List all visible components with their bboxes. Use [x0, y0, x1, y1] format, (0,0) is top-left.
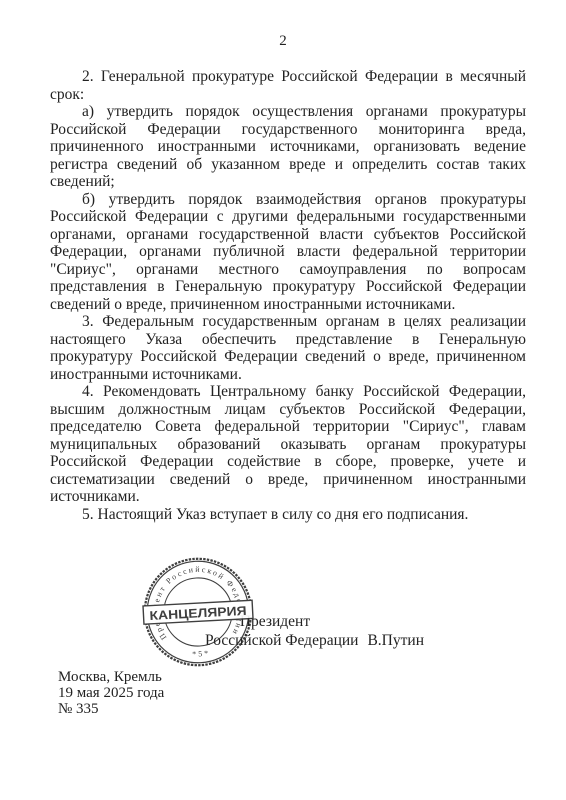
footer-block: Москва, Кремль 19 мая 2025 года № 335 — [58, 669, 164, 717]
chancellery-stamp-icon: Президент Российской Федерации * 5 * КАН… — [139, 553, 257, 671]
paragraph-2a: а) утвердить порядок осуществления орган… — [50, 103, 526, 191]
footer-place: Москва, Кремль — [58, 669, 164, 685]
decree-page: { "colors": { "paper": "#ffffff", "ink":… — [0, 0, 566, 800]
stamp-bottom-text: * 5 * — [192, 649, 208, 659]
paragraph-2: 2. Генеральной прокуратуре Российской Фе… — [50, 68, 526, 103]
decree-body: 2. Генеральной прокуратуре Российской Фе… — [50, 68, 526, 523]
footer-number: № 335 — [58, 701, 164, 717]
paragraph-5: 5. Настоящий Указ вступает в силу со дня… — [50, 506, 526, 524]
footer-date: 19 мая 2025 года — [58, 685, 164, 701]
signer-name: В.Путин — [367, 631, 424, 650]
paragraph-4: 4. Рекомендовать Центральному банку Росс… — [50, 383, 526, 506]
paragraph-3: 3. Федеральным государственным органам в… — [50, 313, 526, 383]
paragraph-2b: б) утвердить порядок взаимодействия орга… — [50, 191, 526, 314]
page-number: 2 — [0, 0, 566, 50]
